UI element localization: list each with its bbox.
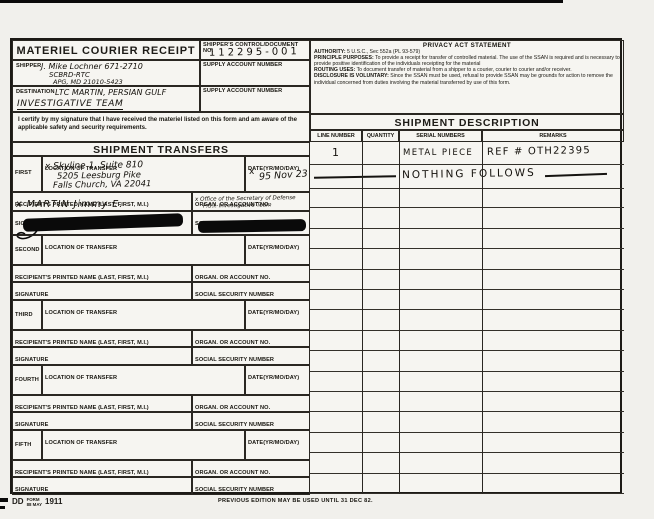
transfer3-location-label: LOCATION OF TRANSFER (43, 309, 119, 317)
transfer4-organ-cell: ORGAN. OR ACCOUNT NO. (192, 395, 310, 412)
description-empty-row (310, 188, 624, 208)
transfer4-ssn-label: SOCIAL SECURITY NUMBER (193, 421, 276, 429)
transfer3-date-label: DATE(YR/MO/DAY) (246, 309, 301, 317)
transfer4-date-label: DATE(YR/MO/DAY) (246, 374, 301, 382)
description-empty-row (310, 270, 624, 290)
privacy-authority-head: AUTHORITY: (314, 49, 346, 55)
transfer3-ssn-cell: SOCIAL SECURITY NUMBER (192, 347, 310, 365)
description-empty-row (310, 474, 624, 494)
scan-top-bar (0, 0, 563, 3)
previous-edition-note: PREVIOUS EDITION MAY BE USED UNTIL 31 DE… (218, 498, 373, 504)
privacy-disclosure-head: DISCLOSURE IS VOLUNTARY: (314, 73, 389, 79)
destination-value-line1: LTC MARTIN, PERSIAN GULF (55, 88, 166, 97)
footer-dd: DD (12, 497, 24, 506)
privacy-principle-head: PRINCIPLE PURPOSES: (314, 55, 374, 61)
description-empty-row (310, 351, 624, 371)
transfer4-location-label: LOCATION OF TRANSFER (43, 374, 119, 382)
privacy-routing-text: To document transfer of material from a … (355, 67, 571, 73)
desc-grid-line (362, 142, 363, 494)
transfer5-organ-cell: ORGAN. OR ACCOUNT NO. (192, 460, 310, 477)
transfer5-ssn-cell: SOCIAL SECURITY NUMBER (192, 477, 310, 495)
shipper-value-line3: APG, MD 21010-5423 (53, 78, 123, 86)
transfer5-signature-label: SIGNATURE (13, 486, 50, 494)
transfer5-date-label: DATE(YR/MO/DAY) (246, 439, 301, 447)
transfer2-date-cell: DATE(YR/MO/DAY) (245, 235, 310, 265)
transfer1-organ-cell: ORGAN. OR ACCOUNT NO. x Office of the Se… (192, 192, 310, 211)
destination-label: DESTINATION (14, 88, 57, 96)
transfer4-ordinal-cell: FOURTH (12, 365, 42, 395)
shippers-control-box: SHIPPER'S CONTROL/DOCUMENT NO. 112295-00… (200, 40, 310, 60)
supply-account-box-2: SUPPLY ACCOUNT NUMBER (200, 86, 310, 112)
transfer3-signature-label: SIGNATURE (13, 356, 50, 364)
shipment-transfers-header: SHIPMENT TRANSFERS (12, 142, 310, 156)
transfer3-ordinal-cell: THIRD (12, 300, 42, 330)
desc-col-line-number-label: LINE NUMBER (311, 133, 361, 139)
transfer4-recipient-cell: RECIPIENT'S PRINTED NAME (LAST, FIRST, M… (12, 395, 192, 412)
nothing-follows-text: NOTHING FOLLOWS (402, 167, 536, 181)
transfer5-location-cell: LOCATION OF TRANSFER (42, 430, 245, 460)
nothing-follows-trailing-dash (545, 173, 607, 177)
desc-col-remarks: REMARKS (482, 130, 624, 142)
description-row-1: 1 METAL PIECE REF # OTH22395 (310, 142, 624, 165)
transfer1-recipient-value: x MARTIN Jimmy E. (16, 199, 123, 210)
transfer2-location-cell: LOCATION OF TRANSFER (42, 235, 245, 265)
transfer5-date-cell: DATE(YR/MO/DAY) (245, 430, 310, 460)
transfer1-ordinal: FIRST (13, 169, 41, 177)
certification-text: I certify by my signature that I have re… (13, 113, 309, 134)
description-empty-row (310, 310, 624, 330)
description-empty-row (310, 229, 624, 249)
certification-box: I certify by my signature that I have re… (12, 112, 310, 142)
transfer1-location-line3: Falls Church, VA 22041 (53, 179, 152, 191)
row1-remarks: REF # OTH22395 (487, 145, 591, 158)
transfer2-ordinal-cell: SECOND (12, 235, 42, 265)
transfer2-organ-label: ORGAN. OR ACCOUNT NO. (193, 274, 272, 282)
supply-account-label-2: SUPPLY ACCOUNT NUMBER (201, 87, 309, 95)
transfer3-ssn-label: SOCIAL SECURITY NUMBER (193, 356, 276, 364)
form-id-footer: DD FORM 88 MAY 1911 (12, 497, 62, 513)
transfer3-recipient-label: RECIPIENT'S PRINTED NAME (LAST, FIRST, M… (13, 339, 151, 347)
desc-col-quantity-label: QUANTITY (363, 133, 398, 139)
desc-col-serial: SERIAL NUMBERS (399, 130, 482, 142)
transfer1-signature-cell: SIGNATURE (12, 211, 192, 235)
transfer2-recipient-label: RECIPIENT'S PRINTED NAME (LAST, FIRST, M… (13, 274, 151, 282)
description-empty-row (310, 290, 624, 310)
transfer4-recipient-label: RECIPIENT'S PRINTED NAME (LAST, FIRST, M… (13, 404, 151, 412)
privacy-disclosure: DISCLOSURE IS VOLUNTARY: Since the SSAN … (311, 73, 623, 85)
destination-box: DESTINATION LTC MARTIN, PERSIAN GULF INV… (12, 86, 200, 112)
shipper-box: SHIPPER J. Mike Lochner 671-2710 SCBRD-R… (12, 60, 200, 86)
transfer1-organ-line2: P.G.I. Investigative Team (203, 202, 272, 209)
description-empty-row (310, 208, 624, 228)
description-empty-row (310, 331, 624, 351)
transfer5-ssn-label: SOCIAL SECURITY NUMBER (193, 486, 276, 494)
transfer2-ordinal: SECOND (13, 246, 41, 254)
footer-form-date: 88 MAY (27, 503, 42, 508)
transfer2-recipient-cell: RECIPIENT'S PRINTED NAME (LAST, FIRST, M… (12, 265, 192, 282)
description-empty-row (310, 249, 624, 269)
ssn-redaction-bar (198, 219, 306, 233)
scan-edge-mark (0, 498, 8, 502)
transfer5-ordinal-cell: FIFTH (12, 430, 42, 460)
transfer2-ssn-label: SOCIAL SECURITY NUMBER (193, 291, 276, 299)
privacy-act-box: PRIVACY ACT STATEMENT AUTHORITY: 5 U.S.C… (310, 40, 624, 114)
shipment-transfers-title: SHIPMENT TRANSFERS (13, 144, 309, 156)
transfer2-location-label: LOCATION OF TRANSFER (43, 244, 119, 252)
transfer3-location-cell: LOCATION OF TRANSFER (42, 300, 245, 330)
privacy-routing-head: ROUTING USES: (314, 67, 355, 73)
transfer3-recipient-cell: RECIPIENT'S PRINTED NAME (LAST, FIRST, M… (12, 330, 192, 347)
desc-col-remarks-label: REMARKS (483, 133, 623, 139)
transfer5-recipient-cell: RECIPIENT'S PRINTED NAME (LAST, FIRST, M… (12, 460, 192, 477)
desc-grid-line (482, 142, 483, 494)
transfer3-date-cell: DATE(YR/MO/DAY) (245, 300, 310, 330)
transfer5-ordinal: FIFTH (13, 441, 41, 449)
transfer4-organ-label: ORGAN. OR ACCOUNT NO. (193, 404, 272, 412)
privacy-principle: PRINCIPLE PURPOSES: To provide a receipt… (311, 55, 623, 67)
supply-account-box-1: SUPPLY ACCOUNT NUMBER (200, 60, 310, 86)
shipper-label: SHIPPER (14, 62, 43, 70)
desc-col-serial-label: SERIAL NUMBERS (400, 133, 481, 139)
transfer4-ssn-cell: SOCIAL SECURITY NUMBER (192, 412, 310, 430)
transfer5-location-label: LOCATION OF TRANSFER (43, 439, 119, 447)
shipper-value-line1: J. Mike Lochner 671-2710 (41, 62, 143, 71)
destination-value-line2: INVESTIGATIVE TEAM (17, 99, 123, 110)
transfer5-recipient-label: RECIPIENT'S PRINTED NAME (LAST, FIRST, M… (13, 469, 151, 477)
transfer4-signature-label: SIGNATURE (13, 421, 50, 429)
transfer1-ordinal-cell: FIRST (12, 156, 42, 192)
shippers-control-value: 112295-001 (209, 46, 300, 59)
transfer1-organ-line1: x Office of the Secretary of Defense (195, 195, 296, 203)
row1-serial: METAL PIECE (403, 148, 473, 158)
shipment-description-title: SHIPMENT DESCRIPTION (311, 117, 623, 129)
supply-account-label-1: SUPPLY ACCOUNT NUMBER (201, 61, 309, 69)
desc-col-line-number: LINE NUMBER (310, 130, 362, 142)
nothing-follows-leading-dash (314, 175, 396, 178)
row1-line-number: 1 (332, 146, 339, 159)
description-row-2: NOTHING FOLLOWS (310, 164, 624, 189)
description-empty-row (310, 433, 624, 453)
scan-edge-mark (0, 506, 5, 509)
transfer2-signature-label: SIGNATURE (13, 291, 50, 299)
description-empty-rows (310, 188, 624, 494)
transfer3-organ-label: ORGAN. OR ACCOUNT NO. (193, 339, 272, 347)
transfer1-recipient-cell: RECIPIENT'S PRINTED NAME (LAST, FIRST, M… (12, 192, 192, 211)
desc-grid-line (399, 142, 400, 494)
transfer3-signature-cell: SIGNATURE (12, 347, 192, 365)
transfer1-location-cell: LOCATION OF TRANSFER x Skyline 1, Suite … (42, 156, 245, 192)
transfer3-ordinal: THIRD (13, 311, 41, 319)
transfer4-signature-cell: SIGNATURE (12, 412, 192, 430)
description-empty-row (310, 392, 624, 412)
transfer2-organ-cell: ORGAN. OR ACCOUNT NO. (192, 265, 310, 282)
footer-form-number: 1911 (45, 497, 62, 506)
transfer1-date-cell: DATE(YR/MO/DAY) x 95 Nov 23 (245, 156, 310, 192)
transfer4-ordinal: FOURTH (13, 376, 41, 384)
transfer1-ssn-cell: SOCIAL SECURITY NUMBER (192, 211, 310, 235)
shipment-description-header: SHIPMENT DESCRIPTION (310, 114, 624, 130)
desc-col-quantity: QUANTITY (362, 130, 399, 142)
transfer1-date-value: 95 Nov 23 (259, 168, 308, 182)
transfer2-ssn-cell: SOCIAL SECURITY NUMBER (192, 282, 310, 300)
transfer4-location-cell: LOCATION OF TRANSFER (42, 365, 245, 395)
transfer2-date-label: DATE(YR/MO/DAY) (246, 244, 301, 252)
description-empty-row (310, 412, 624, 432)
scanned-document-page: MATERIEL COURIER RECEIPT SHIPPER'S CONTR… (0, 0, 654, 519)
form-title: MATERIEL COURIER RECEIPT (13, 45, 199, 57)
signature-redaction-bar (23, 213, 183, 232)
transfer4-date-cell: DATE(YR/MO/DAY) (245, 365, 310, 395)
privacy-authority-text: 5 U.S.C., Sec 552a (PL 93-579) (346, 49, 421, 55)
transfer5-signature-cell: SIGNATURE (12, 477, 192, 495)
description-empty-row (310, 453, 624, 473)
transfer2-signature-cell: SIGNATURE (12, 282, 192, 300)
transfer3-organ-cell: ORGAN. OR ACCOUNT NO. (192, 330, 310, 347)
dd-form-1911: MATERIEL COURIER RECEIPT SHIPPER'S CONTR… (10, 38, 622, 494)
description-empty-row (310, 372, 624, 392)
transfer5-organ-label: ORGAN. OR ACCOUNT NO. (193, 469, 272, 477)
form-title-box: MATERIEL COURIER RECEIPT (12, 40, 200, 60)
transfer1-date-mark: x (249, 167, 254, 177)
